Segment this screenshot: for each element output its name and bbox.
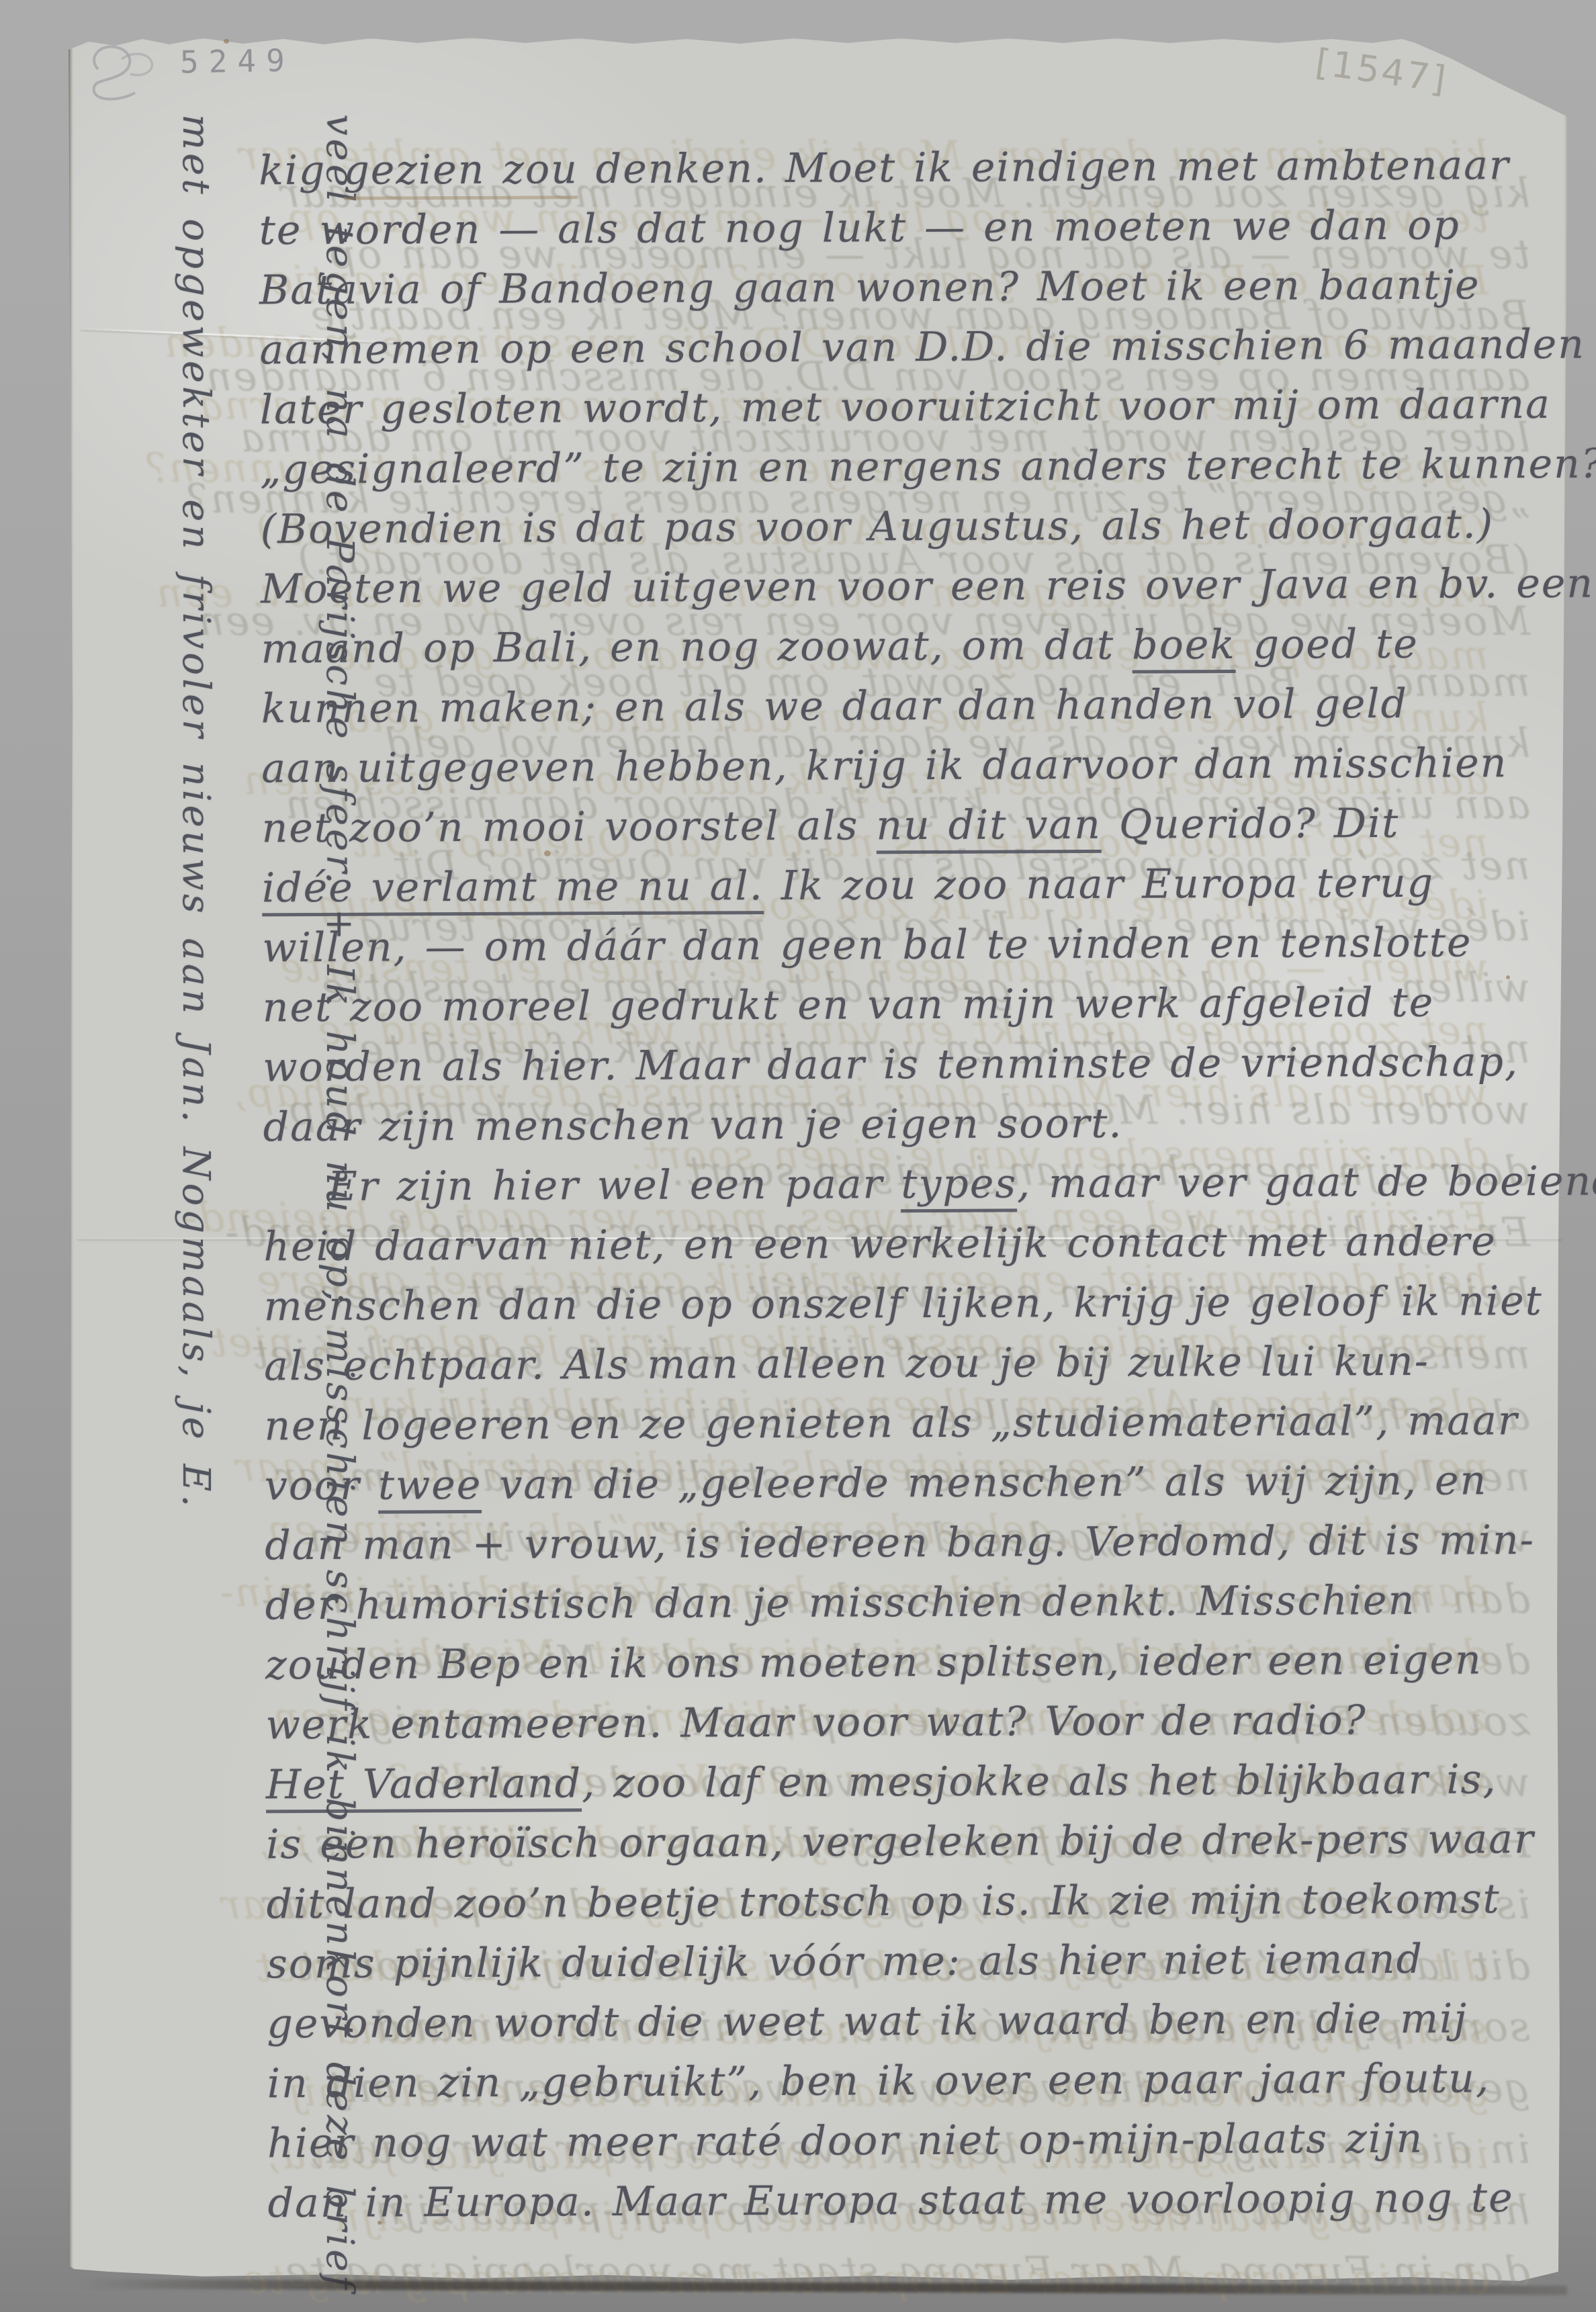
letter-line: worden als hier. Maar daar is tenminste … bbox=[263, 1032, 1596, 1098]
letter-line: later gesloten wordt, met vooruitzicht v… bbox=[260, 375, 1593, 441]
letter-line: menschen dan die op onszelf lijken, krij… bbox=[264, 1272, 1596, 1337]
letter-line: Er zijn hier wel een paar types, maar ve… bbox=[263, 1152, 1596, 1218]
letter-line: kig gezien zou denken. Moet ik eindigen … bbox=[259, 136, 1592, 202]
letter-line: zouden Bep en ik ons moeten splitsen, ie… bbox=[265, 1630, 1596, 1696]
letter-line: willen, — om dáár dan geen bal te vinden… bbox=[262, 913, 1595, 979]
letter-line: nen logeeren en ze genieten als „studiem… bbox=[264, 1391, 1596, 1457]
archive-number-stamp: 5249 bbox=[180, 42, 296, 81]
letter-line: Moeten we geld uitgeven voor een reis ov… bbox=[261, 554, 1594, 620]
letter-line: der humoristisch dan je misschien denkt.… bbox=[265, 1570, 1596, 1636]
letter-line: aannemen op een school van D.D. die miss… bbox=[259, 315, 1593, 381]
letter-line: als echtpaar. Als man alleen zou je bij … bbox=[264, 1331, 1596, 1397]
letter-line: maand op Bali, en nog zoowat, om dat boe… bbox=[261, 614, 1594, 680]
letter-line: daar zijn menschen van je eigen soort. bbox=[263, 1092, 1596, 1158]
letter-line: aan uitgegeven hebben, krijg ik daarvoor… bbox=[261, 733, 1595, 799]
margin-note-line: met opgewekter en frivoler nieuws aan Ja… bbox=[124, 114, 267, 2309]
letter-line: idée verlamt me nu al. Ik zou zoo naar E… bbox=[262, 853, 1595, 919]
letter-line: kunnen maken; en als we daar dan handen … bbox=[261, 674, 1595, 740]
letter-line: is een heroïsch orgaan, vergeleken bij d… bbox=[266, 1810, 1596, 1875]
letter-line: dan in Europa. Maar Europa staat me voor… bbox=[267, 2168, 1596, 2234]
letter-line: soms pijnlijk duidelijk vóór me: als hie… bbox=[267, 1929, 1596, 1995]
letter-lines: kig gezien zou denken. Moet ik eindigen … bbox=[259, 136, 1596, 2234]
letter-line: net zoo’n mooi voorstel als nu dit van Q… bbox=[261, 793, 1595, 859]
letter-line: „gesignaleerd” te zijn en nergens anders… bbox=[260, 435, 1593, 500]
letter-line: net zoo moreel gedrukt en van mijn werk … bbox=[263, 973, 1596, 1038]
letter-line: werk entameeren. Maar voor wat? Voor de … bbox=[265, 1690, 1596, 1756]
letter-line: voor twee van die „geleerde menschen” al… bbox=[265, 1451, 1596, 1517]
letter-line: in dien zin „gebruikt”, ben ik over een … bbox=[267, 2049, 1596, 2115]
letter-line: te worden — als dat nog lukt — en moeten… bbox=[259, 195, 1593, 261]
letter-line: (Bovendien is dat pas voor Augustus, als… bbox=[261, 494, 1594, 560]
letter-line: hier nog wat meer raté door niet op-mijn… bbox=[267, 2108, 1596, 2174]
pencil-doodle bbox=[85, 39, 172, 106]
letter-line: gevonden wordt die weet wat ik waard ben… bbox=[267, 1989, 1596, 2055]
letter-line: Batavia of Bandoeng gaan wonen? Moet ik … bbox=[259, 255, 1593, 321]
letter-line: dit land zoo’n beetje trotsch op is. Ik … bbox=[266, 1869, 1596, 1935]
letter-line: dan man + vrouw, is iedereen bang. Verdo… bbox=[265, 1511, 1596, 1576]
letter-line: heid daarvan niet, en een werkelijk cont… bbox=[263, 1212, 1596, 1278]
scanned-letter-screenshot: { "page": { "archive_number": "5249", "f… bbox=[0, 0, 1596, 2312]
letter-line: Het Vaderland, zoo laf en mesjokke als h… bbox=[266, 1750, 1596, 1816]
